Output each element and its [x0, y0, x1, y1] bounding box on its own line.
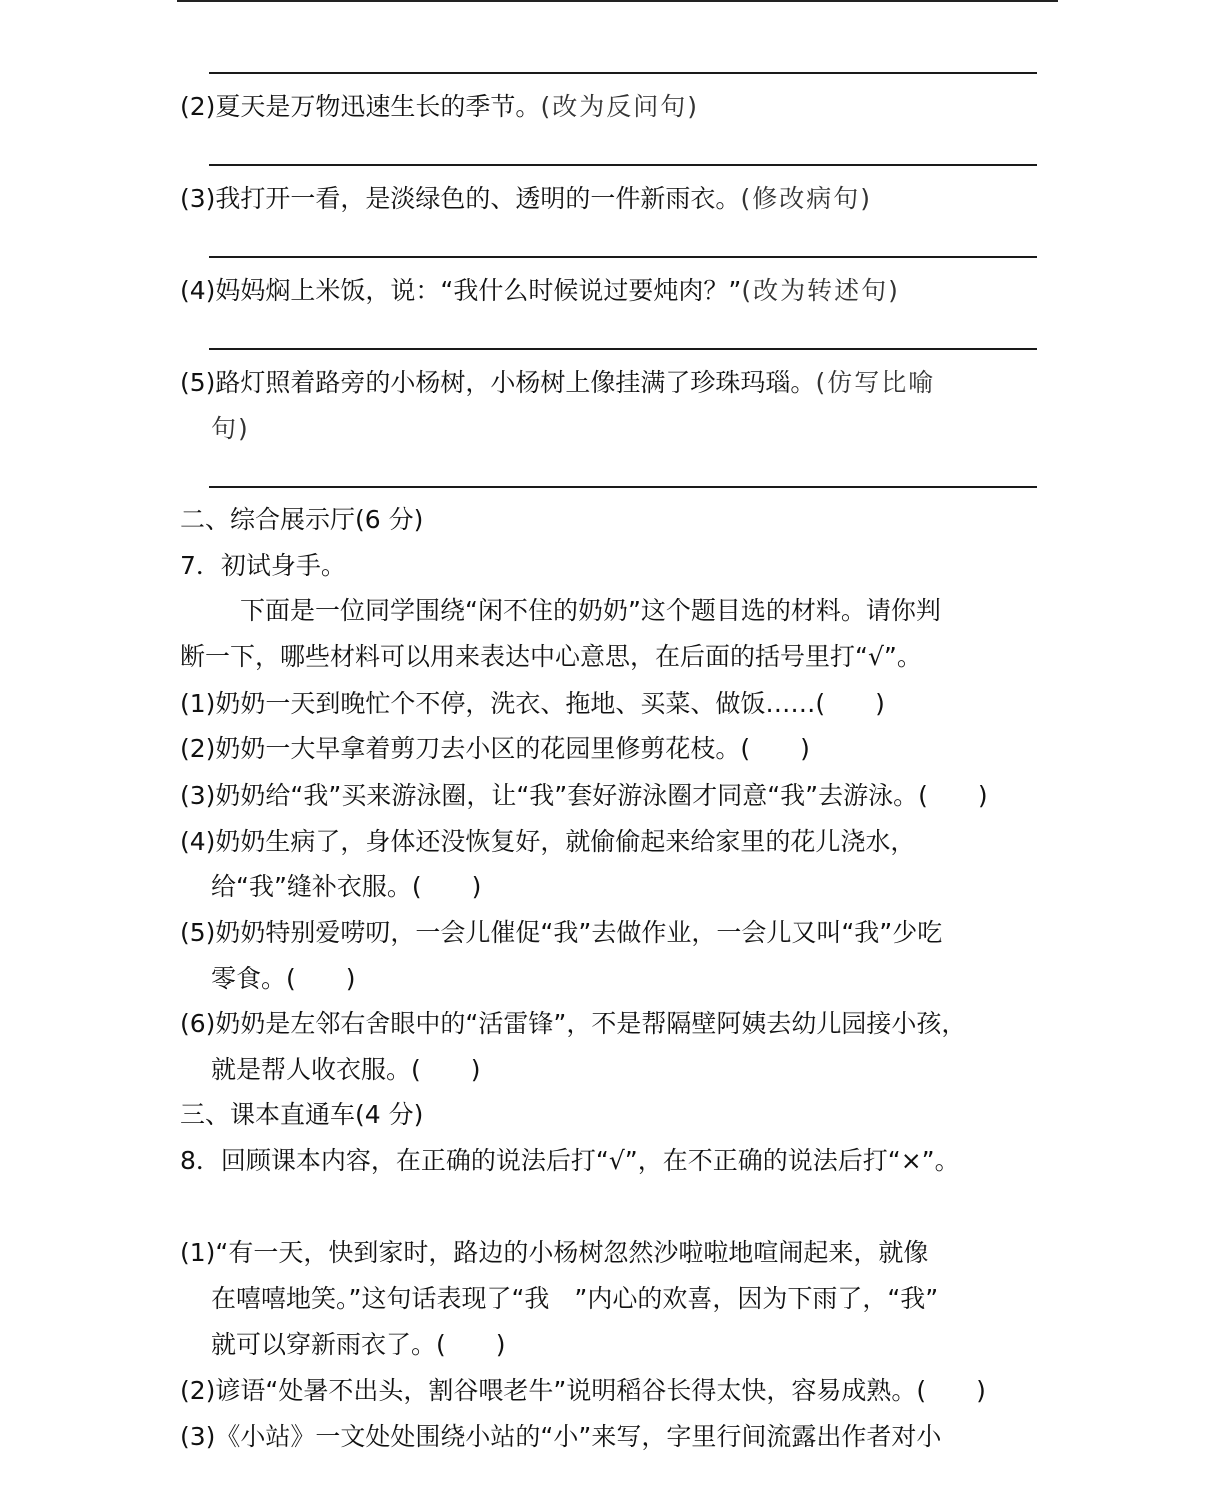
page-footer-cutoff: [440, 1482, 820, 1490]
item-text: 妈妈焖上米饭，说：“我什么时候说过要炖肉？”: [215, 276, 741, 305]
exercise-item-3: (3)我打开一看，是淡绿色的、透明的一件新雨衣。(修改病句): [180, 182, 872, 216]
exercise-item-4: (4)妈妈焖上米饭，说：“我什么时候说过要炖肉？”(改为转述句): [180, 274, 900, 308]
exercise-item-2: (2)夏天是万物迅速生长的季节。(改为反问句): [180, 90, 699, 124]
material-item-6[interactable]: (6)奶奶是左邻右舍眼中的“活雷锋”，不是帮隔壁阿姨去幼儿园接小孩，: [180, 1007, 966, 1041]
item-hint: (仿写比喻: [815, 368, 935, 397]
item-hint: (改为反问句): [540, 92, 699, 121]
answer-line-1[interactable]: [209, 72, 1037, 74]
material-item-3[interactable]: (3)奶奶给“我”买来游泳圈，让“我”套好游泳圈才同意“我”去游泳。( ): [180, 779, 988, 813]
material-item-2[interactable]: (2)奶奶一大早拿着剪刀去小区的花园里修剪花枝。( ): [180, 732, 810, 766]
section-3-heading: 三、课本直通车(4 分): [180, 1098, 423, 1132]
exercise-item-5: (5)路灯照着路旁的小杨树，小杨树上像挂满了珍珠玛瑙。(仿写比喻: [180, 366, 935, 400]
item-hint: (修改病句): [740, 184, 872, 213]
item-number: (3): [180, 184, 215, 213]
material-item-6-cont[interactable]: 就是帮人收衣服。( ): [211, 1053, 481, 1087]
answer-line-2[interactable]: [209, 164, 1037, 166]
material-item-5[interactable]: (5)奶奶特别爱唠叨，一会儿催促“我”去做作业，一会儿又叫“我”少吃: [180, 916, 942, 950]
item-text: 夏天是万物迅速生长的季节。: [215, 92, 540, 121]
item-number: (5): [180, 368, 215, 397]
material-item-4-cont[interactable]: 给“我”缝补衣服。( ): [211, 870, 481, 904]
answer-line-3[interactable]: [209, 256, 1037, 258]
material-item-4[interactable]: (4)奶奶生病了，身体还没恢复好，就偷偷起来给家里的花儿浇水，: [180, 825, 915, 859]
material-item-5-cont[interactable]: 零食。( ): [211, 962, 356, 996]
item-text: 我打开一看，是淡绿色的、透明的一件新雨衣。: [215, 184, 740, 213]
answer-line-5[interactable]: [209, 486, 1037, 488]
material-item-1[interactable]: (1)奶奶一天到晚忙个不停，洗衣、拖地、买菜、做饭……( ): [180, 687, 885, 721]
item-hint: (改为转述句): [741, 276, 900, 305]
question-7-instructions-line1: 下面是一位同学围绕“闲不住的奶奶”这个题目选的材料。请你判: [240, 594, 941, 628]
judgement-item-1-cont[interactable]: 在嘻嘻地笑。”这句话表现了“我 ”内心的欢喜，因为下雨了，“我”: [211, 1282, 938, 1316]
judgement-item-1-cont2[interactable]: 就可以穿新雨衣了。( ): [211, 1328, 506, 1362]
item-hint-cont: 句): [211, 414, 250, 443]
exercise-item-5-cont: 句): [211, 412, 250, 446]
judgement-item-1[interactable]: (1)“有一天，快到家时，路边的小杨树忽然沙啦啦地喧闹起来，就像: [180, 1236, 928, 1270]
judgement-item-3[interactable]: (3)《小站》一文处处围绕小站的“小”来写，字里行间流露出作者对小: [180, 1420, 941, 1454]
question-8: 8．回顾课本内容，在正确的说法后打“√”，在不正确的说法后打“×”。: [180, 1144, 960, 1178]
item-number: (4): [180, 276, 215, 305]
judgement-item-2[interactable]: (2)谚语“处暑不出头，割谷喂老牛”说明稻谷长得太快，容易成熟。( ): [180, 1374, 986, 1408]
item-number: (2): [180, 92, 215, 121]
answer-line-4[interactable]: [209, 348, 1037, 350]
question-7: 7．初试身手。: [180, 549, 346, 583]
section-2-heading: 二、综合展示厅(6 分): [180, 503, 423, 537]
top-rule: [177, 0, 1058, 2]
item-text: 路灯照着路旁的小杨树，小杨树上像挂满了珍珠玛瑙。: [215, 368, 815, 397]
question-7-instructions-line2: 断一下，哪些材料可以用来表达中心意思，在后面的括号里打“√”。: [180, 640, 922, 674]
